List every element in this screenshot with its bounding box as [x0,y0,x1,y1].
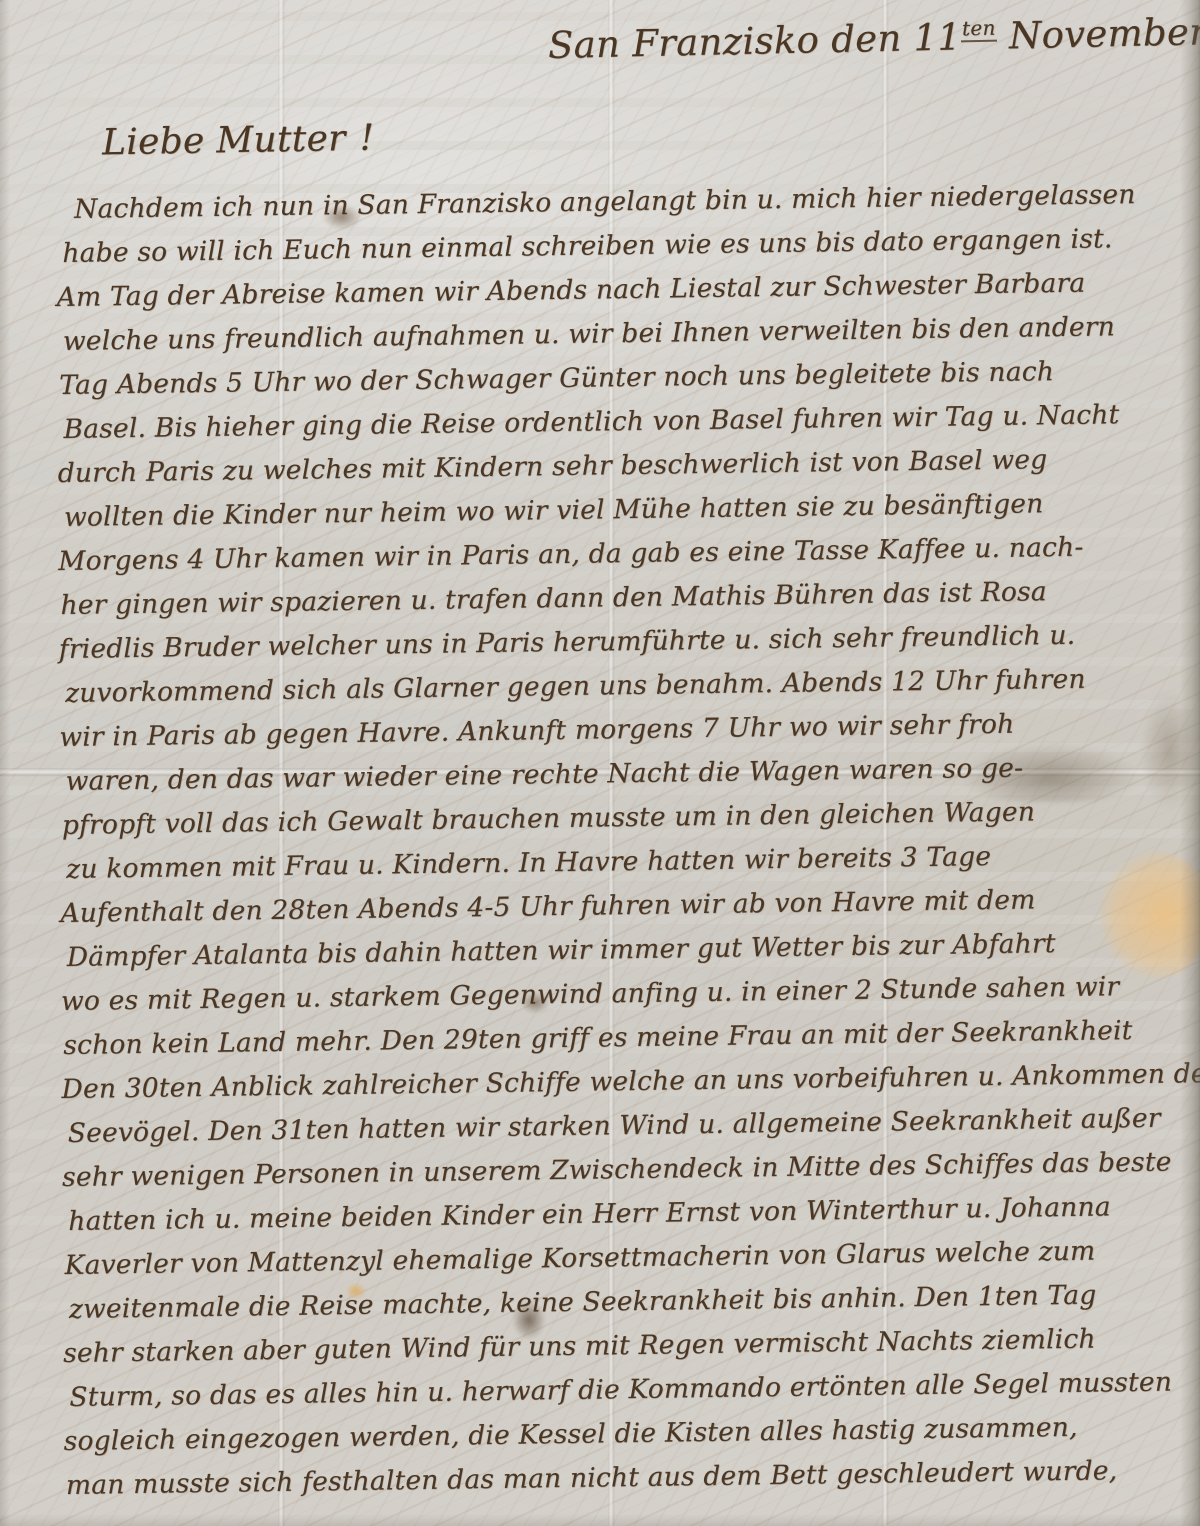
salutation: Liebe Mutter! [102,118,375,164]
dateline-ordinal-superscript: ten [961,16,997,43]
letter-body: Nachdem ich nun in San Franzisko angelan… [56,181,1174,1508]
paper-bottom-edge [0,1514,1200,1526]
paper-right-edge [1180,0,1200,1526]
dateline-place-date: San Franzisko den 11 [548,15,962,67]
paper-left-edge [0,0,10,1526]
dateline-month-year: November 1868. [996,8,1200,58]
salutation-exclamation: ! [359,118,374,159]
dateline: San Franzisko den 11ten November 1868. [548,8,1200,67]
letter-page: San Franzisko den 11ten November 1868. L… [0,0,1200,1526]
